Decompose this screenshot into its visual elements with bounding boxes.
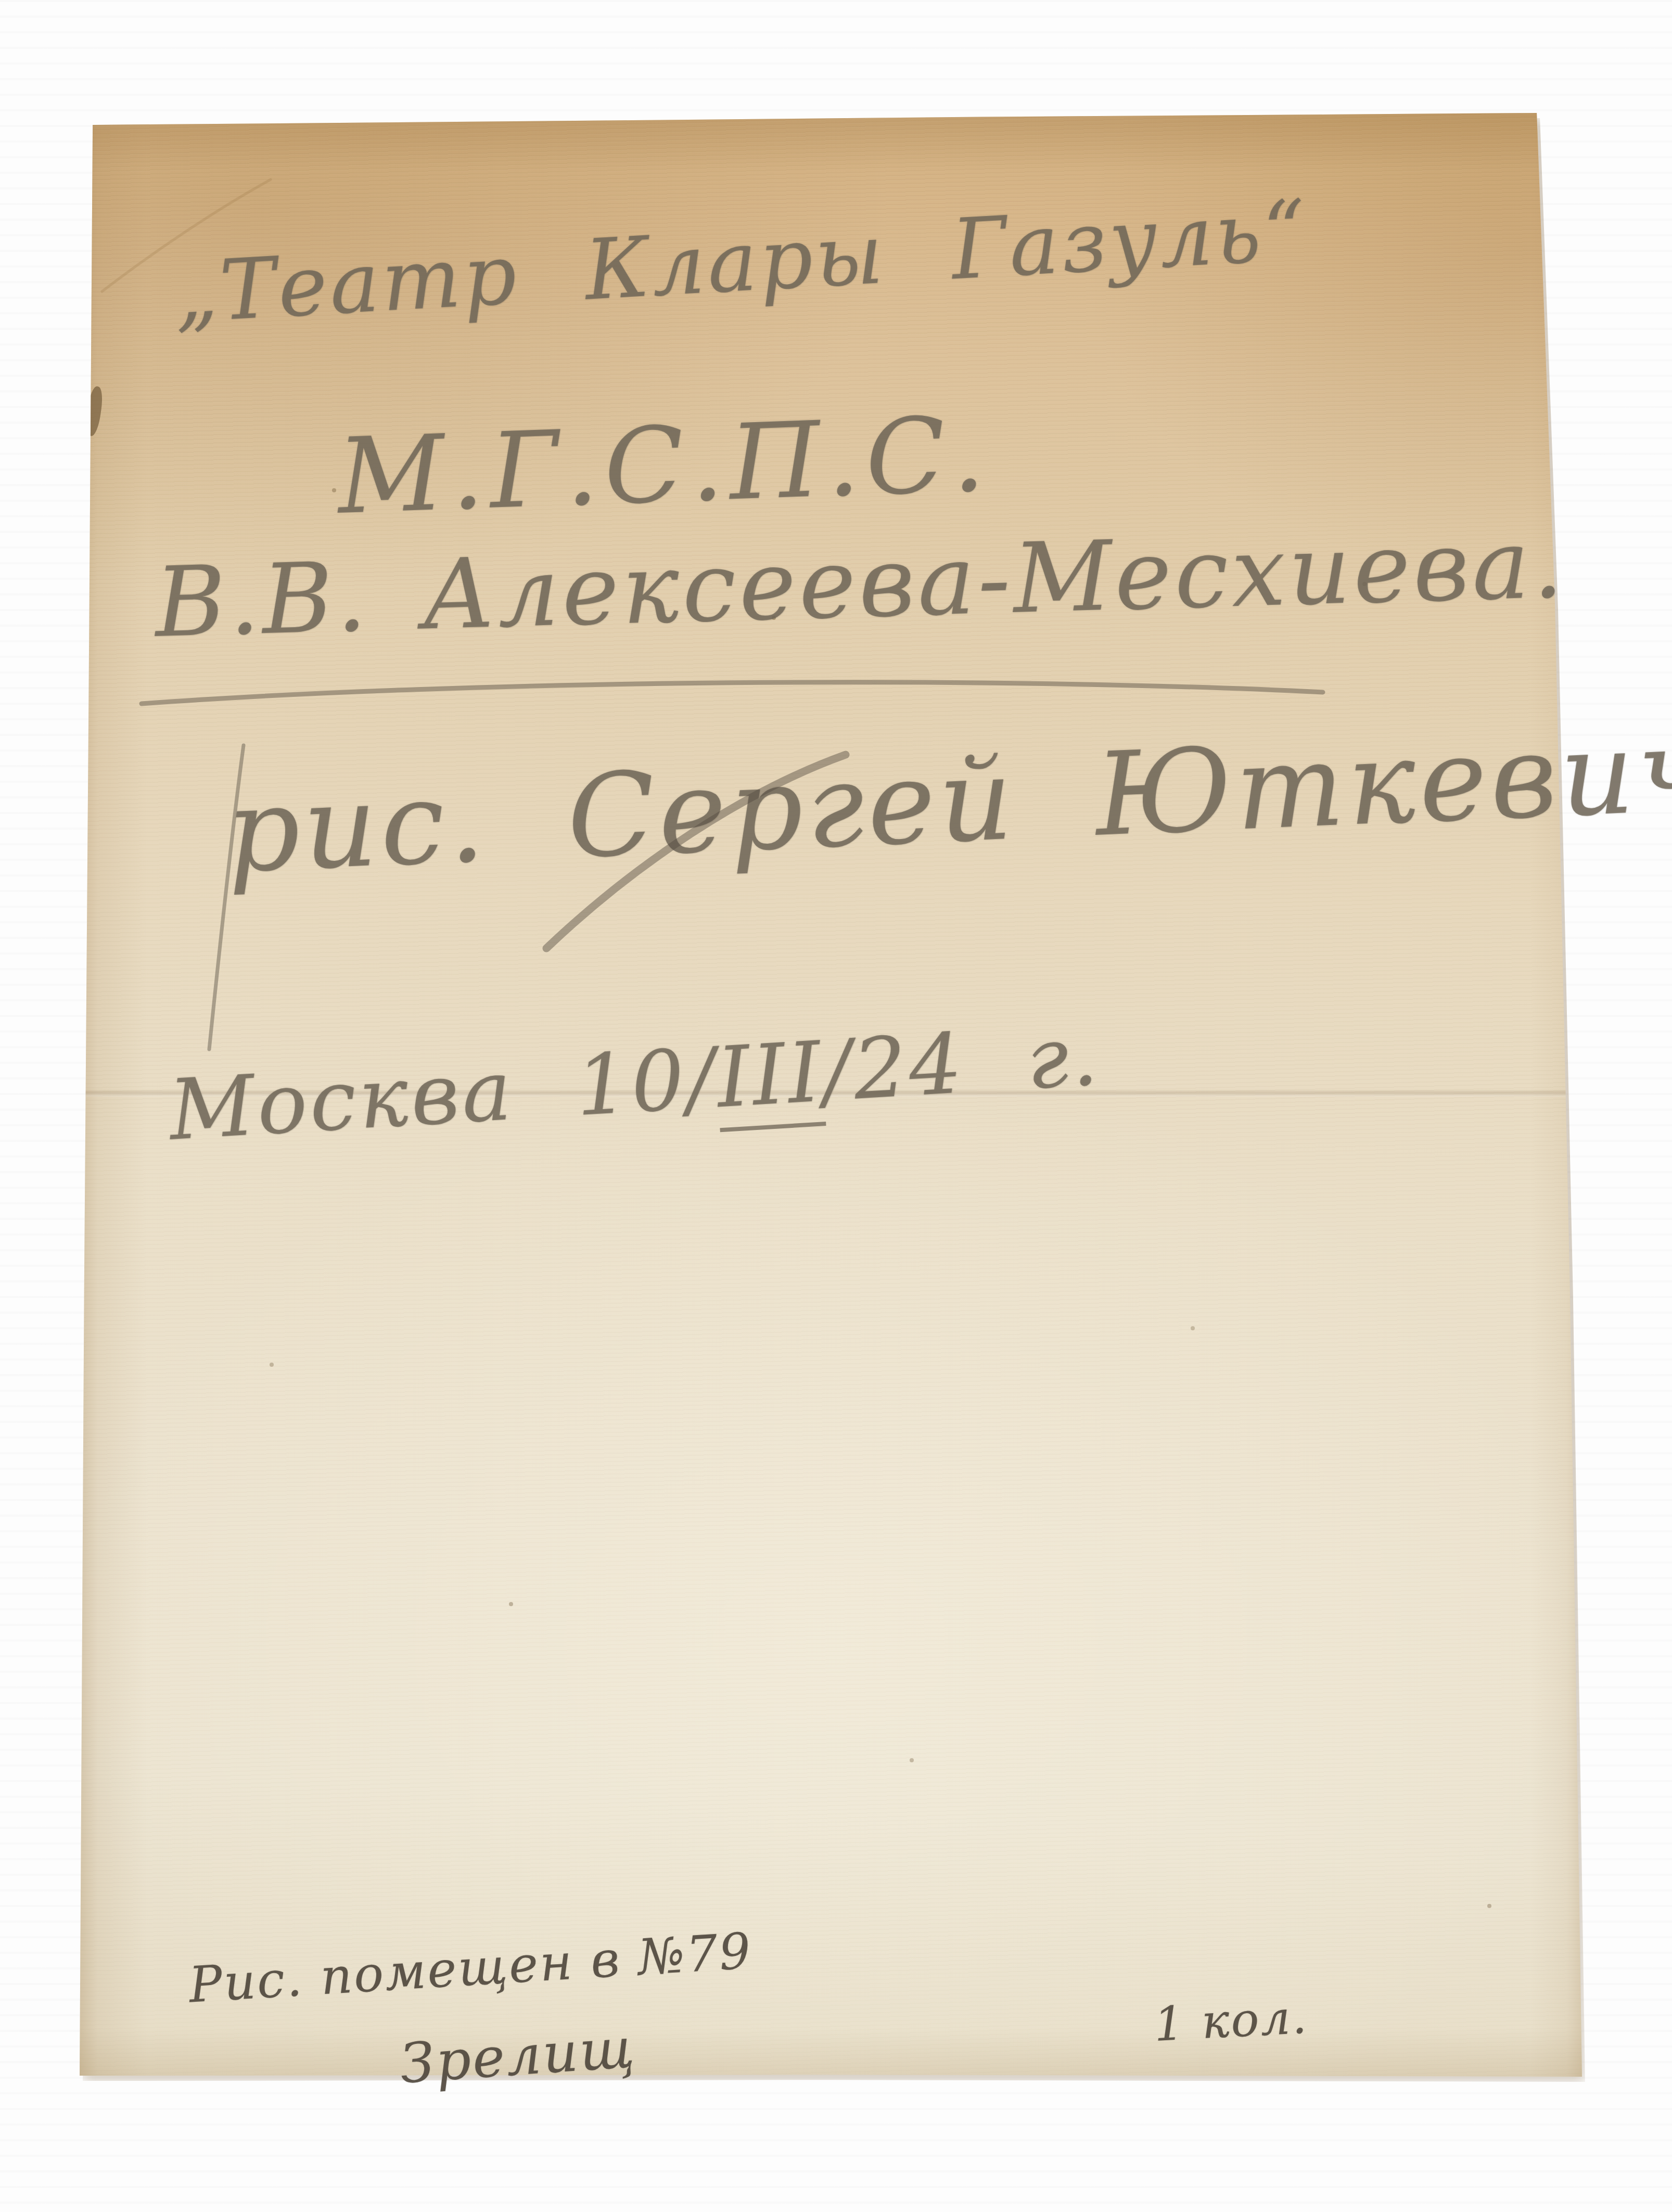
- paper-fold-crease: [80, 1090, 1582, 1097]
- photo-stage: „Театр Клары Газуль“ М.Г.С.П.С. В.В. Але…: [0, 0, 1672, 2212]
- paper-sheet: [80, 113, 1582, 2077]
